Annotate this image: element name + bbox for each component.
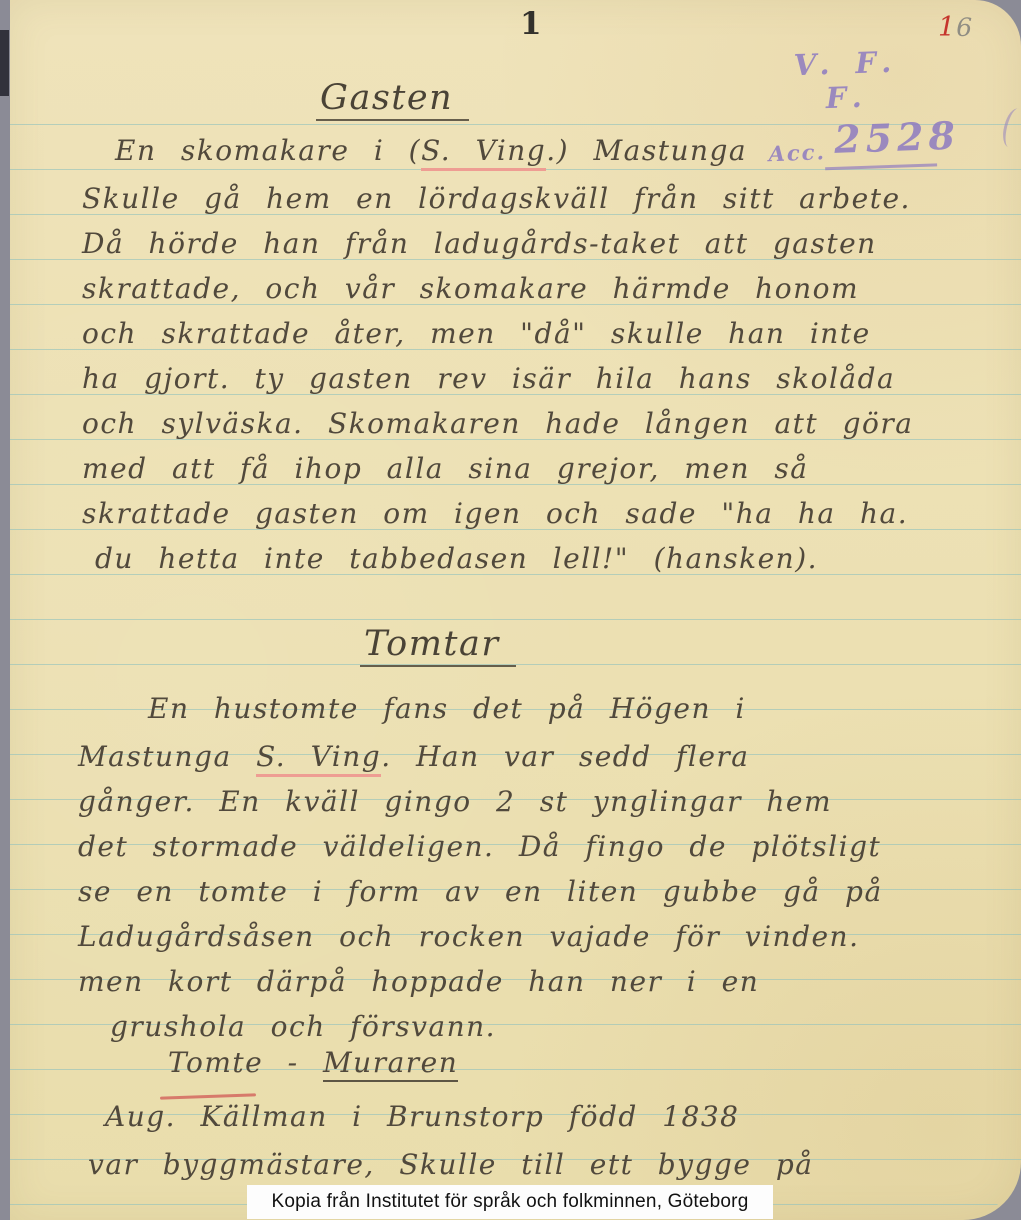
- manuscript-line: grushola och försvann.: [110, 1010, 496, 1043]
- manuscript-line: du hetta inte tabbedasen lell!" (hansken…: [95, 542, 818, 575]
- line-text: En skomakare i (: [115, 134, 421, 167]
- manuscript-line: ha gjort. ty gasten rev isär hila hans s…: [82, 362, 895, 395]
- manuscript-line: med att få ihop alla sina grejor, men så: [82, 452, 808, 485]
- stamp-acc-label: Acc.: [768, 139, 826, 166]
- manuscript-line: Då hörde han från ladugårds-taket att ga…: [82, 227, 877, 260]
- manuscript-line: En hustomte fans det på Högen i: [148, 692, 746, 725]
- archive-copy-strip: Kopia från Institutet för språk och folk…: [247, 1185, 773, 1219]
- manuscript-line: men kort därpå hoppade han ner i en: [78, 965, 759, 998]
- subheading-underlined: Muraren: [323, 1046, 458, 1082]
- page-number: 1: [520, 6, 542, 42]
- manuscript-line: En skomakare i (S. Ving.) Mastunga: [115, 134, 747, 167]
- stamp-institution-initials: V. F. F.: [771, 44, 923, 117]
- section-title-tomtar: Tomtar: [360, 624, 516, 667]
- manuscript-line: se en tomte i form av en liten gubbe gå …: [78, 875, 883, 908]
- manuscript-line: och skrattade åter, men "då" skulle han …: [82, 317, 871, 350]
- manuscript-line: var byggmästare, Skulle till ett bygge p…: [88, 1148, 813, 1181]
- line-text: .) Mastunga: [546, 134, 747, 167]
- archive-page-number: 16: [938, 12, 972, 43]
- stamp-accession: Acc. 2528: [766, 119, 957, 170]
- subheading-plain: Tomte -: [168, 1046, 323, 1079]
- archive-stamp: V. F. F. Acc. 2528: [763, 43, 957, 170]
- manuscript-line: skrattade, och vår skomakare härmde hono…: [82, 272, 859, 305]
- manuscript-line: Skulle gå hem en lördagskväll från sitt …: [82, 182, 911, 215]
- archive-copy-text: Kopia från Institutet för språk och folk…: [272, 1191, 749, 1213]
- manuscript-line: Aug. Källman i Brunstorp född 1838: [105, 1100, 739, 1133]
- red-underlined-place-name: S. Ving: [421, 134, 546, 171]
- scan-edge-artifact: [0, 30, 9, 96]
- manuscript-line: Ladugårdsåsen och rocken vajade för vind…: [78, 920, 860, 953]
- archive-page-number-red-digit: 1: [938, 12, 955, 43]
- line-text: Mastunga: [78, 740, 256, 773]
- manuscript-line: gånger. En kväll gingo 2 st ynglingar he…: [78, 785, 832, 818]
- subheading-tomte-muraren: Tomte - Muraren: [168, 1046, 458, 1079]
- line-text: . Han var sedd flera: [381, 740, 749, 773]
- section-title-gasten: Gasten: [316, 78, 469, 121]
- stamp-acc-number: 2528: [833, 113, 960, 162]
- red-underlined-place-name: S. Ving: [256, 740, 381, 777]
- archive-page-number-grey-digit: 6: [956, 13, 972, 42]
- manuscript-line: det stormade väldeligen. Då fingo de plö…: [78, 830, 881, 863]
- manuscript-line: skrattade gasten om igen och sade "ha ha…: [82, 497, 908, 530]
- manuscript-line: Mastunga S. Ving. Han var sedd flera: [78, 740, 750, 773]
- manuscript-line: och sylväska. Skomakaren hade lången att…: [82, 407, 913, 440]
